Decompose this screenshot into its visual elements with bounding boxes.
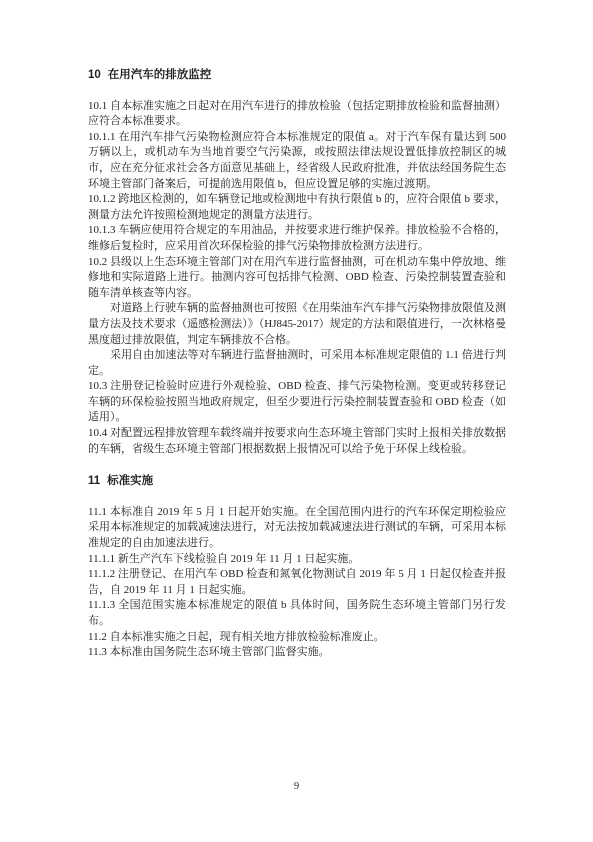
section-11-number: 11 (88, 475, 100, 487)
clause-11-2: 11.2 自本标准实施之日起，现有相关地方排放检验标准废止。 (88, 630, 506, 646)
section-standard-implementation: 11标准实施 11.1 本标准自 2019 年 5 月 1 日起开始实施。在全国… (88, 474, 506, 661)
clause-10-1-3: 10.1.3 车辆应使用符合规定的车用油品，并按要求进行维护保养。排放检验不合格… (88, 223, 506, 254)
section-11-title: 标准实施 (107, 475, 153, 487)
clause-11-1-1: 11.1.1 新生产汽车下线检验自 2019 年 11 月 1 日起实施。 (88, 552, 506, 568)
clause-10-2: 10.2 县级以上生态环境主管部门对在用汽车进行监督抽测，可在机动车集中停放地、… (88, 255, 506, 302)
section-11-heading: 11标准实施 (88, 474, 506, 490)
page-number: 9 (0, 781, 593, 792)
section-10-title: 在用汽车的排放监控 (108, 69, 212, 81)
clause-11-1-3: 11.1.3 全国范围实施本标准规定的限值 b 具体时间，国务院生态环境主管部门… (88, 598, 506, 629)
section-10-number: 10 (88, 69, 101, 81)
clause-10-2-free-acceleration-note: 采用自由加速法等对车辆进行监督抽测时，可采用本标准规定限值的 1.1 倍进行判定… (88, 348, 506, 379)
clause-10-1: 10.1 自本标准实施之日起对在用汽车进行的排放检验（包括定期排放检验和监督抽测… (88, 99, 506, 130)
clause-10-2-road-test-note: 对道路上行驶车辆的监督抽测也可按照《在用柴油车汽车排气污染物排放限值及测量方法及… (88, 301, 506, 348)
section-emission-monitoring: 10在用汽车的排放监控 10.1 自本标准实施之日起对在用汽车进行的排放检验（包… (88, 68, 506, 457)
section-10-heading: 10在用汽车的排放监控 (88, 68, 506, 84)
clause-11-3: 11.3 本标准由国务院生态环境主管部门监督实施。 (88, 645, 506, 661)
clause-11-1: 11.1 本标准自 2019 年 5 月 1 日起开始实施。在全国范围内进行的汽… (88, 505, 506, 552)
clause-10-1-2: 10.1.2 跨地区检测的，如车辆登记地或检测地中有执行限值 b 的，应符合限值… (88, 192, 506, 223)
clause-10-1-1: 10.1.1 在用汽车排气污染物检测应符合本标准规定的限值 a。对于汽车保有量达… (88, 130, 506, 192)
clause-11-1-2: 11.1.2 注册登记、在用汽车 OBD 检查和氮氧化物测试自 2019 年 5… (88, 567, 506, 598)
clause-10-3: 10.3 注册登记检验时应进行外观检验、OBD 检查、排气污染物检测。变更或转移… (88, 379, 506, 426)
document-page: 10在用汽车的排放监控 10.1 自本标准实施之日起对在用汽车进行的排放检验（包… (0, 0, 593, 842)
clause-10-4: 10.4 对配置远程排放管理车载终端并按要求向生态环境主管部门实时上报相关排放数… (88, 426, 506, 457)
document-body: 10在用汽车的排放监控 10.1 自本标准实施之日起对在用汽车进行的排放检验（包… (88, 68, 506, 661)
